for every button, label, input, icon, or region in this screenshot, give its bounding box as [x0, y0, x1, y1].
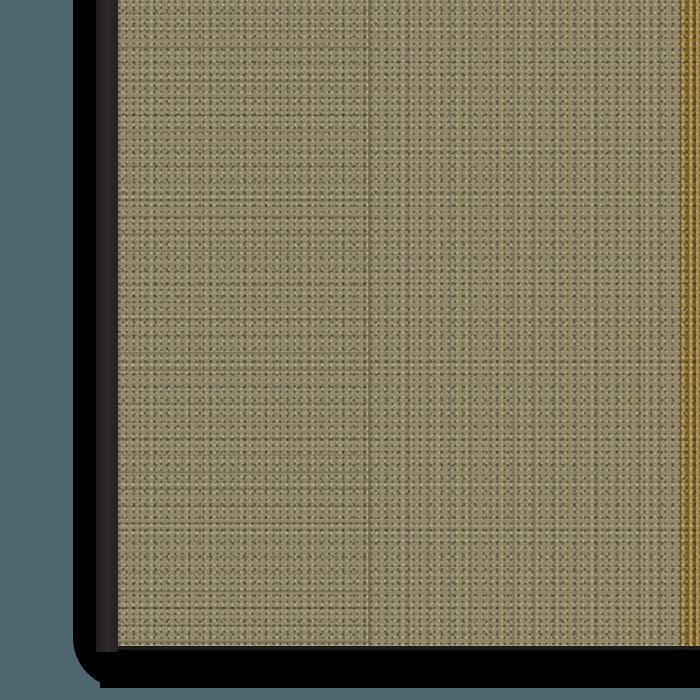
stucco-panel — [118, 0, 700, 648]
grain-overlay — [118, 0, 700, 648]
panel-bottom-edge — [118, 646, 700, 650]
panel-frame-edge — [96, 0, 118, 652]
